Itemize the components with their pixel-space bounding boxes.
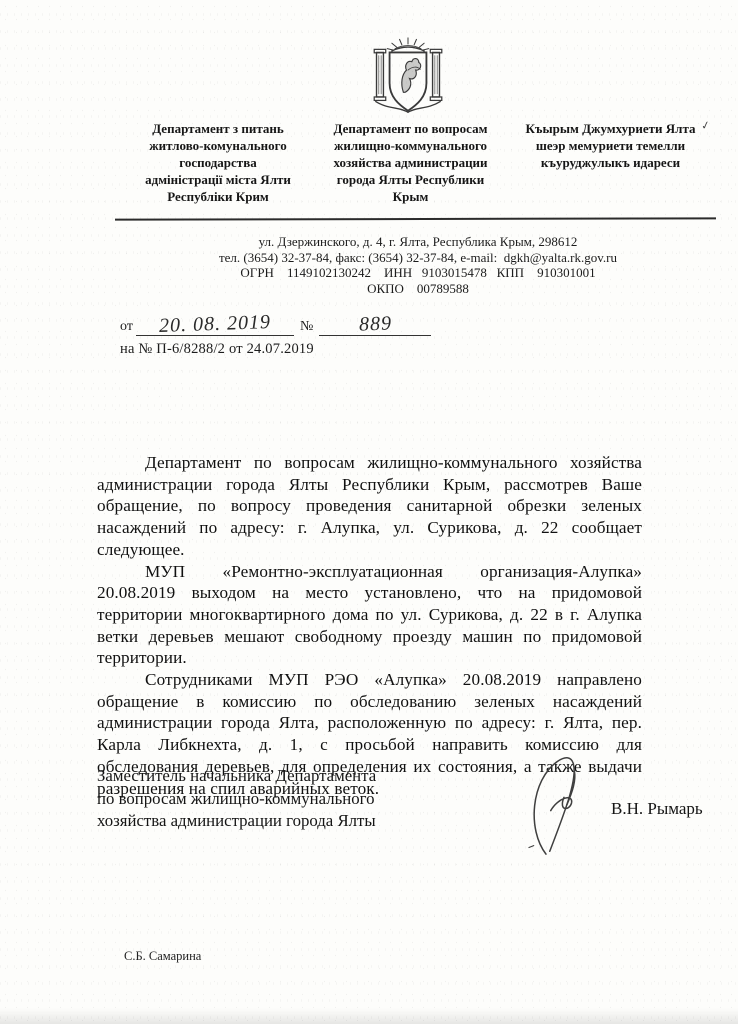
scanned-letter-page: Департамент з питань житлово-комунальног… [0,0,738,1024]
contact-block: ул. Дзержинского, д. 4, г. Ялта, Республ… [118,234,718,296]
letterhead-line: жилищно-коммунального [321,137,501,154]
header-divider-line [115,217,716,220]
handwritten-number: 889 [358,313,392,334]
outgoing-reference-line: от 20. 08. 2019 № 889 [120,314,431,336]
letterhead-line: къуруджулыкъ идареси [503,154,718,171]
letterhead-line: адміністрації міста Ялти [118,171,318,188]
letterhead-line: шеэр мемуриети темелли [503,137,718,154]
contact-address: ул. Дзержинского, д. 4, г. Ялта, Республ… [118,234,718,250]
letter-body: Департамент по вопросам жилищно-коммунал… [97,452,642,799]
contact-phone-email: тел. (3654) 32-37-84, факс: (3654) 32-37… [118,250,718,266]
signer-name: В.Н. Рымарь [611,799,703,819]
signer-position-line: хозяйства администрации города Ялты [97,810,437,833]
reference-block: от 20. 08. 2019 № 889 на № П-6/8288/2 от… [120,314,431,358]
letterhead-crimean-tatar: Къырым Джумхуриети Ялта шеэр мемуриети т… [503,120,718,205]
signer-position-block: Заместитель начальника Департамента по в… [97,765,437,833]
letterhead-line: житлово-комунального [118,137,318,154]
letterhead-line: господарства [118,154,318,171]
letterhead-line: Къырым Джумхуриети Ялта [503,120,718,137]
executor-name: С.Б. Самарина [124,949,201,964]
signer-position-line: Заместитель начальника Департамента [97,765,437,788]
letterhead-russian: Департамент по вопросам жилищно-коммунал… [321,120,501,205]
letterhead-line: Республіки Крим [118,188,318,205]
incoming-reference-line: на № П-6/8288/2 от 24.07.2019 [120,341,431,358]
from-label: от [120,319,133,336]
body-paragraph: Департамент по вопросам жилищно-коммунал… [97,452,642,561]
letterhead-ukrainian: Департамент з питань житлово-комунальног… [118,120,318,205]
letterhead-line: хозяйства администрации [321,154,501,171]
letterhead-columns: Департамент з питань житлово-комунальног… [118,120,718,205]
handwritten-date: 20. 08. 2019 [159,312,272,336]
crimea-coat-of-arms-icon [368,34,448,120]
contact-registration-numbers: ОГРН 1149102130242 ИНН 9103015478 КПП 91… [118,265,718,281]
number-label: № [300,319,313,336]
letterhead-line: Департамент по вопросам [321,120,501,137]
body-paragraph: МУП «Ремонтно-эксплуатационная организац… [97,561,642,670]
handwritten-signature [524,752,602,856]
outgoing-number-field: 889 [319,314,431,336]
contact-okpo: ОКПО 00789588 [118,281,718,297]
letterhead-line: Крым [321,188,501,205]
signer-position-line: по вопросам жилищно-коммунального [97,788,437,811]
letterhead-line: города Ялты Республики [321,171,501,188]
scan-edge-shadow [0,1008,738,1024]
letterhead-line: Департамент з питань [118,120,318,137]
outgoing-date-field: 20. 08. 2019 [136,314,294,336]
